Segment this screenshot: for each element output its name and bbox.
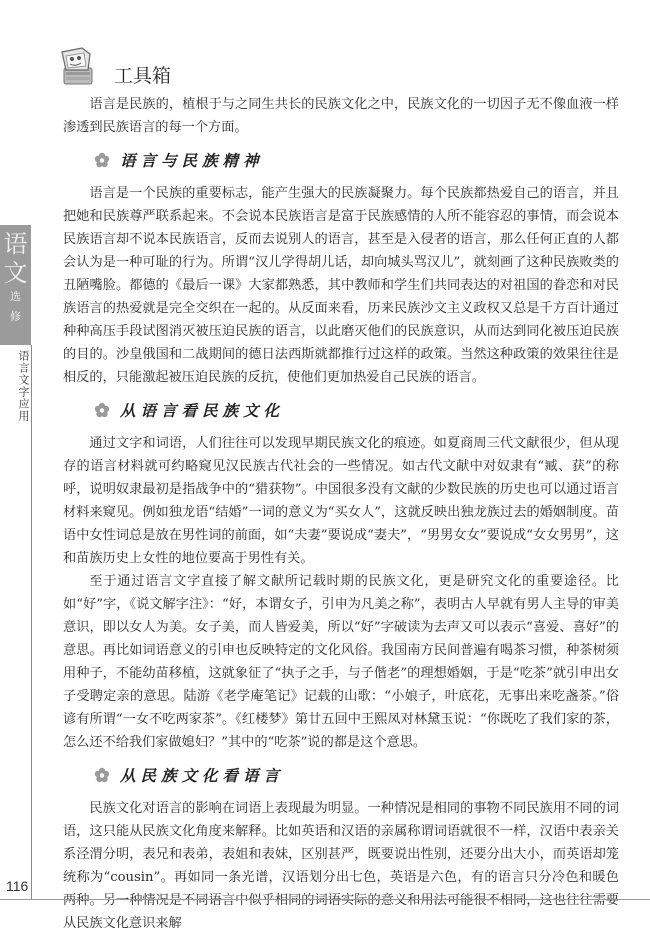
section-heading: 从语言看民族文化 <box>94 400 619 420</box>
section-heading: 从民族文化看语言 <box>94 765 619 785</box>
section-heading: 语言与民族精神 <box>94 150 619 170</box>
footer-divider <box>0 899 650 900</box>
toolbox-title: 工具箱 <box>114 61 171 88</box>
section-title: 从民族文化看语言 <box>120 764 284 786</box>
flower-icon <box>94 767 110 783</box>
side-tab-char: 文 <box>4 259 28 287</box>
section-title: 语言与民族精神 <box>120 149 264 171</box>
flower-icon <box>94 152 110 168</box>
body-paragraph: 语言是一个民族的重要标志，能产生强大的民族凝聚力。每个民族都热爱自己的语言，并且… <box>63 182 619 389</box>
margin-divider <box>31 345 32 900</box>
side-tab-char: 语 <box>4 229 28 259</box>
side-tab-char: 修 <box>10 307 21 327</box>
flower-icon <box>94 402 110 418</box>
toolbox-icon <box>58 46 96 86</box>
page-number: 116 <box>6 878 28 894</box>
side-tab-chinese-elective: 语 文 选 修 <box>0 225 31 345</box>
side-tab-char: 选 <box>10 287 21 307</box>
side-tab-subject-label: 语言文字应用 <box>16 350 30 422</box>
section-title: 从语言看民族文化 <box>120 399 284 421</box>
intro-paragraph: 语言是民族的，植根于与之同生共长的民族文化之中，民族文化的一切因子无不像血液一样… <box>63 93 619 139</box>
page-content: 语言是民族的，植根于与之同生共长的民族文化之中，民族文化的一切因子无不像血液一样… <box>63 93 619 928</box>
toolbox-header: 工具箱 <box>58 43 171 88</box>
body-paragraph: 通过文字和词语，人们往往可以发现早期民族文化的痕迹。如夏商周三代文献很少，但从现… <box>63 432 619 570</box>
body-paragraph: 至于通过语言文字直接了解文献所记载时期的民族文化，更是研究文化的重要途径。比如“… <box>63 570 619 754</box>
body-paragraph: 民族文化对语言的影响在词语上表现最为明显。一种情况是相同的事物不同民族用不同的词… <box>63 797 619 928</box>
